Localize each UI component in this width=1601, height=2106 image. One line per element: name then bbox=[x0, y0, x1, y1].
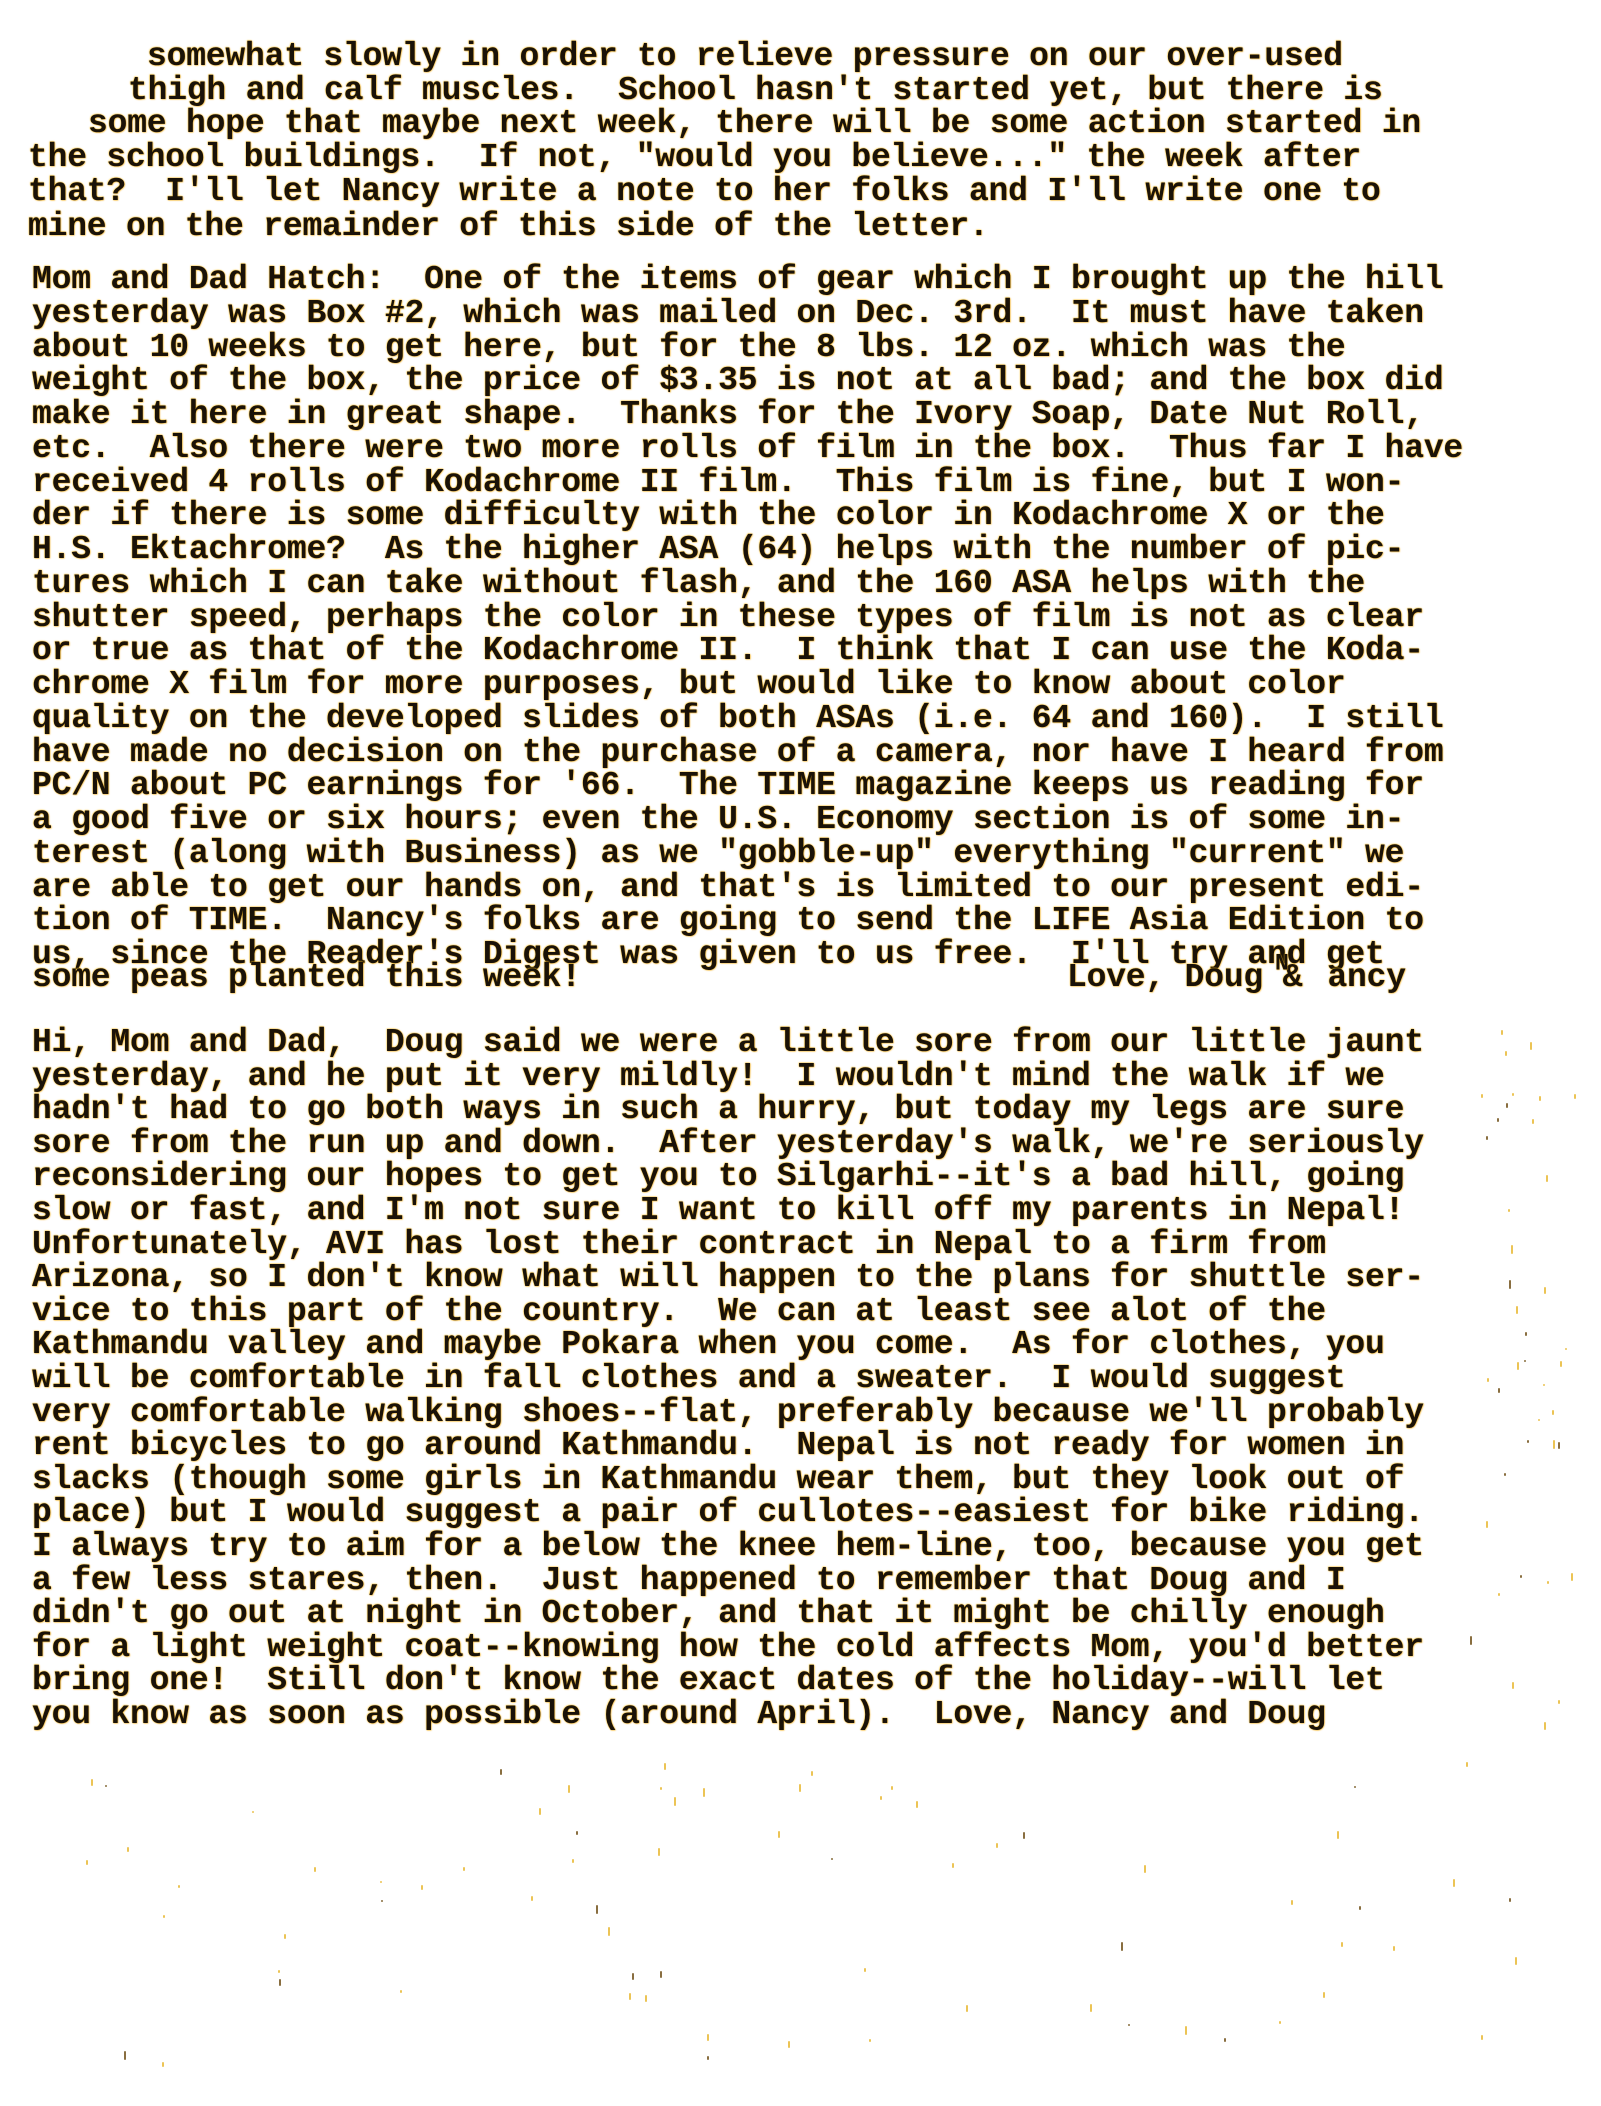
text-line: sore from the run up and down. After yes… bbox=[32, 1127, 1424, 1161]
text-line: terest (along with Business) as we "gobb… bbox=[32, 837, 1404, 871]
speckle bbox=[124, 2051, 126, 2060]
speckle bbox=[1543, 1384, 1545, 1387]
speckle bbox=[1504, 1473, 1506, 1475]
text-line: the school buildings. If not, "would you… bbox=[28, 141, 1361, 175]
speckle bbox=[1552, 1410, 1554, 1416]
speckle bbox=[278, 1970, 280, 1973]
speckle bbox=[1520, 1575, 1522, 1577]
speckle bbox=[1341, 1942, 1343, 1947]
speckle bbox=[658, 1848, 660, 1855]
speckle bbox=[674, 1797, 676, 1805]
text-line: Hi, Mom and Dad, Doug said we were a lit… bbox=[32, 1026, 1424, 1060]
speckle bbox=[1544, 1722, 1546, 1730]
speckle bbox=[596, 1905, 598, 1914]
speckle bbox=[91, 1779, 93, 1786]
speckle bbox=[891, 1786, 893, 1789]
speckle bbox=[703, 1788, 705, 1797]
speckle bbox=[500, 1769, 502, 1775]
speckle bbox=[1481, 1094, 1483, 1098]
speckle bbox=[1530, 1042, 1532, 1050]
speckle bbox=[811, 1771, 813, 1776]
text-line: der if there is some difficulty with the… bbox=[32, 499, 1385, 533]
speckle bbox=[572, 1859, 574, 1862]
speckle bbox=[660, 1787, 662, 1790]
speckle bbox=[421, 1885, 423, 1891]
speckle bbox=[1509, 1898, 1511, 1902]
speckle bbox=[707, 2034, 709, 2041]
text-line: tures which I can take without flash, an… bbox=[32, 567, 1365, 601]
speckle bbox=[279, 1979, 281, 1986]
speckle bbox=[1525, 1332, 1527, 1336]
text-line: somewhat slowly in order to relieve pres… bbox=[147, 40, 1343, 74]
speckle bbox=[1505, 1051, 1507, 1056]
speckle bbox=[1487, 1378, 1489, 1382]
speckle bbox=[400, 1990, 402, 1993]
speckle bbox=[1546, 1175, 1548, 1182]
text-line: about 10 weeks to get here, but for the … bbox=[32, 331, 1345, 365]
speckle bbox=[1560, 1361, 1562, 1367]
text-line: H.S. Ektachrome? As the higher ASA (64) … bbox=[32, 533, 1404, 567]
speckle bbox=[1354, 1786, 1356, 1788]
text-line: yesterday, and he put it very mildly! I … bbox=[32, 1060, 1385, 1094]
speckle bbox=[1512, 1093, 1514, 1096]
speckle bbox=[531, 1896, 533, 1901]
speckle bbox=[105, 1785, 107, 1787]
speckle bbox=[952, 1863, 954, 1867]
text-line: Unfortunately, AVI has lost their contra… bbox=[32, 1228, 1326, 1262]
speckle bbox=[1498, 1593, 1500, 1597]
text-line: place) but I would suggest a pair of cul… bbox=[32, 1496, 1424, 1530]
text-line: some hope that maybe next week, there wi… bbox=[88, 107, 1421, 141]
speckle bbox=[1565, 1348, 1567, 1351]
speckle bbox=[916, 1801, 918, 1808]
speckle bbox=[1558, 1700, 1560, 1704]
speckle bbox=[1393, 1946, 1395, 1951]
speckle bbox=[831, 1858, 833, 1860]
speckle bbox=[163, 1915, 165, 1919]
speckle bbox=[314, 1867, 316, 1872]
speckle bbox=[1337, 1831, 1339, 1839]
speckle bbox=[1512, 1682, 1514, 1689]
signature-rest: ancy bbox=[1327, 959, 1405, 996]
speckle bbox=[778, 1831, 780, 1837]
speckle bbox=[664, 1763, 666, 1770]
speckle bbox=[1481, 2035, 1483, 2040]
text-line: reconsidering our hopes to get you to Si… bbox=[32, 1160, 1404, 1194]
speckle bbox=[1359, 1906, 1361, 1910]
speckle bbox=[1323, 1992, 1325, 1998]
text-line: bring one! Still don't know the exact da… bbox=[32, 1664, 1385, 1698]
speckle bbox=[966, 2005, 968, 2012]
text-line: vice to this part of the country. We can… bbox=[32, 1295, 1326, 1329]
speckle bbox=[1185, 2026, 1187, 2035]
text-line: Arizona, so I don't know what will happe… bbox=[32, 1261, 1424, 1295]
speckle bbox=[380, 1881, 382, 1883]
signature-doug-nancy: Love, Doug & Nancy bbox=[1067, 961, 1406, 995]
text-line: are able to get our hands on, and that's… bbox=[32, 871, 1424, 905]
speckle bbox=[1121, 1942, 1123, 1951]
text-line: that? I'll let Nancy write a note to her… bbox=[28, 175, 1381, 209]
speckle bbox=[1501, 1030, 1503, 1035]
speckle bbox=[1517, 1362, 1519, 1370]
text-line: didn't go out at night in October, and t… bbox=[32, 1597, 1385, 1631]
speckle bbox=[1574, 1094, 1576, 1098]
speckle bbox=[1532, 1119, 1534, 1124]
text-line: rent bicycles to go around Kathmandu. Ne… bbox=[32, 1429, 1404, 1463]
text-line: Mom and Dad Hatch: One of the items of g… bbox=[32, 263, 1443, 297]
speckle bbox=[1466, 1762, 1468, 1767]
speckle bbox=[1291, 1900, 1293, 1905]
speckle bbox=[86, 1860, 88, 1865]
speckle bbox=[1509, 1280, 1511, 1289]
speckle bbox=[1470, 1636, 1472, 1645]
text-line: I always try to aim for a below the knee… bbox=[32, 1530, 1424, 1564]
text-line: thigh and calf muscles. School hasn't st… bbox=[128, 74, 1383, 108]
text-line: some peas planted this week! bbox=[32, 961, 581, 995]
speckle bbox=[632, 1973, 634, 1980]
text-line: etc. Also there were two more rolls of f… bbox=[32, 432, 1463, 466]
text-line: hadn't had to go both ways in such a hur… bbox=[32, 1093, 1404, 1127]
speckle bbox=[1453, 1879, 1455, 1888]
text-line: Kathmandu valley and maybe Pokara when y… bbox=[32, 1328, 1385, 1362]
speckle bbox=[162, 2062, 164, 2068]
speckle bbox=[629, 1993, 631, 2000]
speckle bbox=[1558, 1442, 1560, 1448]
speckle bbox=[1128, 2024, 1130, 2026]
speckle bbox=[284, 1934, 286, 1939]
misstruck-letter: N bbox=[1275, 952, 1289, 976]
speckle bbox=[1544, 1287, 1546, 1294]
text-line: yesterday was Box #2, which was mailed o… bbox=[32, 297, 1424, 331]
speckle bbox=[1511, 1245, 1513, 1254]
speckle bbox=[1486, 1136, 1488, 1140]
text-line: make it here in great shape. Thanks for … bbox=[32, 398, 1424, 432]
speckle bbox=[660, 1971, 662, 1978]
text-line: shutter speed, perhaps the color in thes… bbox=[32, 601, 1424, 635]
speckle bbox=[1486, 1521, 1488, 1528]
text-line: slow or fast, and I'm not sure I want to… bbox=[32, 1194, 1404, 1228]
speckle bbox=[1090, 2004, 1092, 2012]
speckle bbox=[568, 1785, 570, 1793]
speckle bbox=[1547, 1581, 1549, 1584]
speckle bbox=[645, 1995, 647, 2002]
text-line: a few less stares, then. Just happened t… bbox=[32, 1564, 1345, 1598]
speckle bbox=[1524, 1360, 1526, 1362]
speckle bbox=[1498, 1388, 1500, 1394]
speckle bbox=[799, 1784, 801, 1792]
text-line: you know as soon as possible (around Apr… bbox=[32, 1698, 1326, 1732]
speckle bbox=[1144, 1865, 1146, 1874]
speckle bbox=[707, 2056, 709, 2059]
speckle bbox=[996, 1843, 998, 1848]
speckle bbox=[788, 2041, 790, 2048]
text-line: mine on the remainder of this side of th… bbox=[28, 210, 989, 244]
text-line: will be comfortable in fall clothes and … bbox=[32, 1362, 1345, 1396]
speckle bbox=[1497, 1118, 1499, 1122]
text-line: received 4 rolls of Kodachrome II film. … bbox=[32, 466, 1404, 500]
text-line: tion of TIME. Nancy's folks are going to… bbox=[32, 904, 1424, 938]
letter-page: somewhat slowly in order to relieve pres… bbox=[0, 0, 1601, 2106]
speckle bbox=[252, 1811, 254, 1813]
speckle bbox=[127, 1847, 129, 1852]
text-line: slacks (though some girls in Kathmandu w… bbox=[32, 1463, 1404, 1497]
speckle bbox=[178, 1885, 180, 1888]
speckle bbox=[1508, 1209, 1510, 1213]
speckle bbox=[869, 2039, 871, 2042]
speckle bbox=[1279, 2021, 1281, 2024]
speckle bbox=[1506, 1103, 1508, 1108]
speckle bbox=[463, 1867, 465, 1871]
text-line: PC/N about PC earnings for '66. The TIME… bbox=[32, 769, 1424, 803]
speckle bbox=[1023, 1832, 1025, 1839]
speckle bbox=[1516, 1306, 1518, 1314]
text-line: a good five or six hours; even the U.S. … bbox=[32, 803, 1404, 837]
text-line: very comfortable walking shoes--flat, pr… bbox=[32, 1396, 1424, 1430]
speckle bbox=[1538, 1419, 1540, 1421]
speckle bbox=[1224, 2038, 1226, 2042]
text-line: quality on the developed slides of both … bbox=[32, 702, 1443, 736]
speckle bbox=[576, 1831, 578, 1835]
speckle bbox=[1527, 1440, 1529, 1444]
speckle bbox=[864, 1968, 866, 1972]
text-line: have made no decision on the purchase of… bbox=[32, 736, 1443, 770]
speckle bbox=[381, 1900, 383, 1903]
speckle bbox=[1571, 1573, 1573, 1581]
text-line: chrome X film for more purposes, but wou… bbox=[32, 668, 1345, 702]
speckle bbox=[1515, 1957, 1517, 1965]
text-line: or true as that of the Kodachrome II. I … bbox=[32, 634, 1424, 668]
text-line: for a light weight coat--knowing how the… bbox=[32, 1631, 1424, 1665]
speckle bbox=[1539, 1096, 1541, 1101]
speckle bbox=[539, 1808, 541, 1815]
speckle bbox=[880, 1796, 882, 1800]
speckle bbox=[1553, 1440, 1555, 1448]
speckle bbox=[608, 1927, 610, 1935]
text-line: weight of the box, the price of $3.35 is… bbox=[32, 364, 1443, 398]
